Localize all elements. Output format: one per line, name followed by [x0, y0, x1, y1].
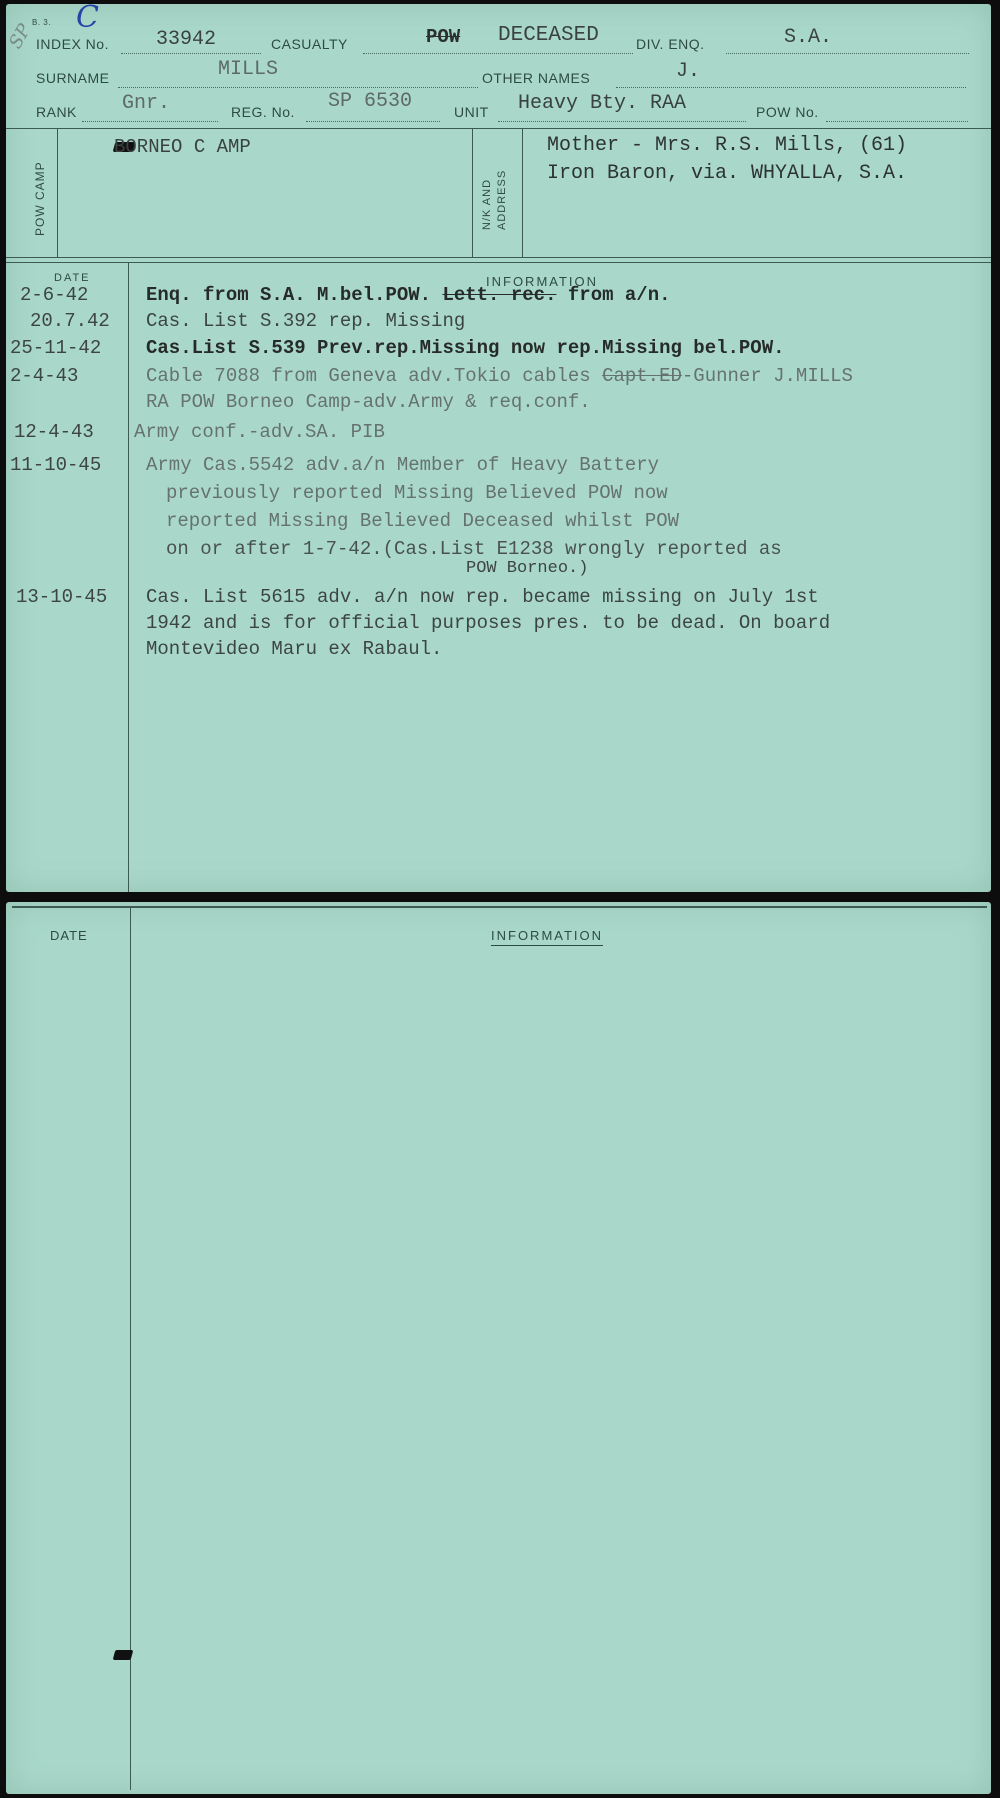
log-entry-line: POW Borneo.): [466, 559, 588, 578]
log-entry-line: Cable 7088 from Geneva adv.Tokio cables …: [146, 365, 853, 387]
unit-dots: [498, 121, 746, 122]
pow-camp-label-divider: [57, 128, 58, 258]
log-entry-line: Cas.List S.539 Prev.rep.Missing now rep.…: [146, 337, 785, 359]
rank-value: Gnr.: [122, 92, 170, 115]
other-names-dots: [616, 87, 966, 88]
log-entry-line: Cas. List 5615 adv. a/n now rep. became …: [146, 586, 819, 608]
div-enq-value: S.A.: [784, 26, 832, 49]
casualty-value: DECEASED: [498, 24, 599, 47]
log-entry-date: 13-10-45: [16, 586, 107, 608]
index-no-value: 33942: [156, 28, 216, 51]
nok-label-line2: ADDRESS: [496, 170, 508, 230]
log-entry-date: 11-10-45: [10, 454, 101, 476]
card-front: B. 3. C SP INDEX No. 33942 CASUALTY POW …: [6, 4, 991, 892]
log-entry-date: 2-6-42: [20, 284, 88, 306]
log-entry-line: Army Cas.5542 adv.a/n Member of Heavy Ba…: [146, 454, 659, 476]
back-top-rule: [12, 906, 987, 908]
pow-no-label: POW No.: [756, 104, 819, 120]
casualty-dots: [363, 53, 633, 54]
log-entry-date: 20.7.42: [30, 310, 110, 332]
header-divider: [6, 128, 991, 129]
surname-dots: [118, 87, 478, 88]
nok-divider-right: [522, 128, 523, 258]
nok-line-2: Iron Baron, via. WHYALLA, S.A.: [547, 162, 907, 185]
box-divider-1: [6, 257, 991, 258]
back-date-header: DATE: [50, 928, 88, 943]
unit-value: Heavy Bty. RAA: [518, 92, 686, 115]
log-entry-line: Cas. List S.392 rep. Missing: [146, 310, 465, 332]
log-entry-line: previously reported Missing Believed POW…: [166, 482, 668, 504]
log-entry-line: Enq. from S.A. M.bel.POW. Lett. rec. fro…: [146, 284, 671, 306]
log-entry-line: RA POW Borneo Camp-adv.Army & req.conf.: [146, 391, 591, 413]
div-enq-dots: [726, 53, 969, 54]
rank-dots: [82, 121, 218, 122]
index-no-dots: [121, 53, 261, 54]
other-names-label: OTHER NAMES: [482, 70, 590, 86]
date-column-divider: [128, 263, 129, 892]
index-no-label: INDEX No.: [36, 36, 109, 52]
nok-label-line1: N/K AND: [481, 179, 493, 230]
reg-no-label: REG. No.: [231, 104, 295, 120]
back-info-header: INFORMATION: [491, 928, 603, 946]
log-entry-date: 2-4-43: [10, 365, 78, 387]
casualty-label: CASUALTY: [271, 36, 348, 52]
nok-line-1: Mother - Mrs. R.S. Mills, (61): [547, 134, 907, 157]
struck-text: Lett. rec.: [442, 284, 556, 306]
rank-label: RANK: [36, 104, 77, 120]
casualty-struck-value: POW: [426, 26, 460, 48]
form-code: B. 3.: [32, 18, 51, 27]
box-divider-2: [6, 262, 991, 263]
log-entry-line: 1942 and is for official purposes pres. …: [146, 612, 830, 634]
handwritten-mark-c: C: [76, 0, 99, 35]
struck-text: Capt.ED: [602, 365, 682, 387]
div-enq-label: DIV. ENQ.: [636, 36, 705, 52]
handwritten-mark-sp: SP: [5, 21, 35, 53]
log-date-header: DATE: [54, 272, 91, 284]
nok-divider-left: [472, 128, 473, 258]
surname-value: MILLS: [218, 58, 278, 81]
surname-label: SURNAME: [36, 70, 110, 86]
pow-camp-value: BORNEO C AMP: [114, 136, 251, 158]
log-entry-line: reported Missing Believed Deceased whils…: [166, 510, 679, 532]
unit-label: UNIT: [454, 104, 489, 120]
log-entry-date: 12-4-43: [14, 421, 94, 443]
log-entry-line: Montevideo Maru ex Rabaul.: [146, 638, 442, 660]
log-entry-date: 25-11-42: [10, 337, 101, 359]
log-entry-line: on or after 1-7-42.(Cas.List E1238 wrong…: [166, 538, 782, 560]
log-entry-line: Army conf.-adv.SA. PIB: [134, 421, 385, 443]
other-names-value: J.: [676, 60, 700, 83]
reg-no-value: SP 6530: [328, 90, 412, 113]
punch-hole: [113, 1650, 134, 1660]
pow-no-dots: [826, 121, 968, 122]
card-back: DATE INFORMATION: [6, 902, 991, 1794]
reg-no-dots: [306, 121, 440, 122]
pow-camp-label: POW CAMP: [33, 161, 47, 236]
